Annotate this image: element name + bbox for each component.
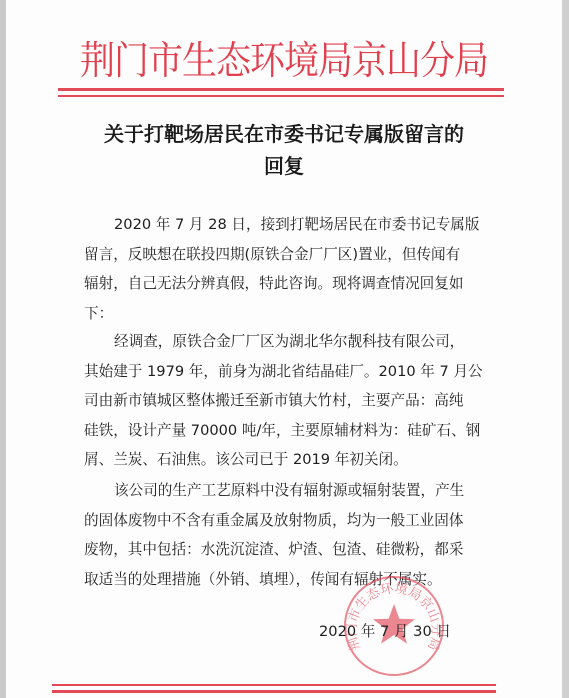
- text-line: 的固体废物中不含有重金属及放射物质，均为一般工业固体: [84, 506, 484, 536]
- text-line: 其始建于 1979 年，前身为湖北省结晶硅厂。2010 年 7 月公: [84, 357, 484, 387]
- letterhead-rule-thin: [58, 95, 504, 97]
- text-line: 该公司的生产工艺原料中没有辐射源或辐射装置，产生: [84, 476, 484, 506]
- text-line: 辐射，自己无法分辨真假，特此咨询。现将调查情况回复如: [84, 269, 484, 299]
- title-line-1: 关于打靶场居民在市委书记专属版留言的: [6, 118, 562, 150]
- text-line: 2020 年 7 月 28 日，接到打靶场居民在市委书记专属版: [84, 210, 484, 240]
- page-margin-right: [562, 0, 569, 698]
- paragraph-1: 2020 年 7 月 28 日，接到打靶场居民在市委书记专属版 留言，反映想在联…: [84, 210, 484, 328]
- paragraph-2: 经调查，原铁合金厂厂区为湖北华尔靓科技有限公司， 其始建于 1979 年，前身为…: [84, 327, 484, 475]
- text-line: 留言，反映想在联投四期(原铁合金厂厂区)置业，但传闻有: [84, 240, 484, 270]
- letterhead-title: 荆门市生态环境局京山分局: [6, 36, 562, 88]
- text-line: 经调查，原铁合金厂厂区为湖北华尔靓科技有限公司，: [84, 327, 484, 357]
- document-page: 荆门市生态环境局京山分局 关于打靶场居民在市委书记专属版留言的 回复 2020 …: [6, 0, 562, 698]
- document-date: 2020 年 7 月 30 日: [319, 622, 451, 642]
- text-line: 屑、兰炭、石油焦。该公司已于 2019 年初关闭。: [84, 445, 484, 475]
- text-line: 司由新市镇城区整体搬迁至新市镇大竹村，主要产品：高纯: [84, 386, 484, 416]
- letterhead-rule-thick: [58, 88, 504, 91]
- text-line: 下：: [84, 299, 484, 329]
- title-line-2: 回复: [6, 150, 562, 182]
- footer-rule-thin: [52, 684, 496, 686]
- document-title: 关于打靶场居民在市委书记专属版留言的 回复: [6, 118, 562, 182]
- footer-rule-thick: [52, 690, 496, 693]
- text-line: 硅铁，设计产量 70000 吨/年，主要原辅材料为：硅矿石、钢: [84, 416, 484, 446]
- text-line: 废物，其中包括：水洗沉淀渣、炉渣、包渣、硅微粉，都采: [84, 535, 484, 565]
